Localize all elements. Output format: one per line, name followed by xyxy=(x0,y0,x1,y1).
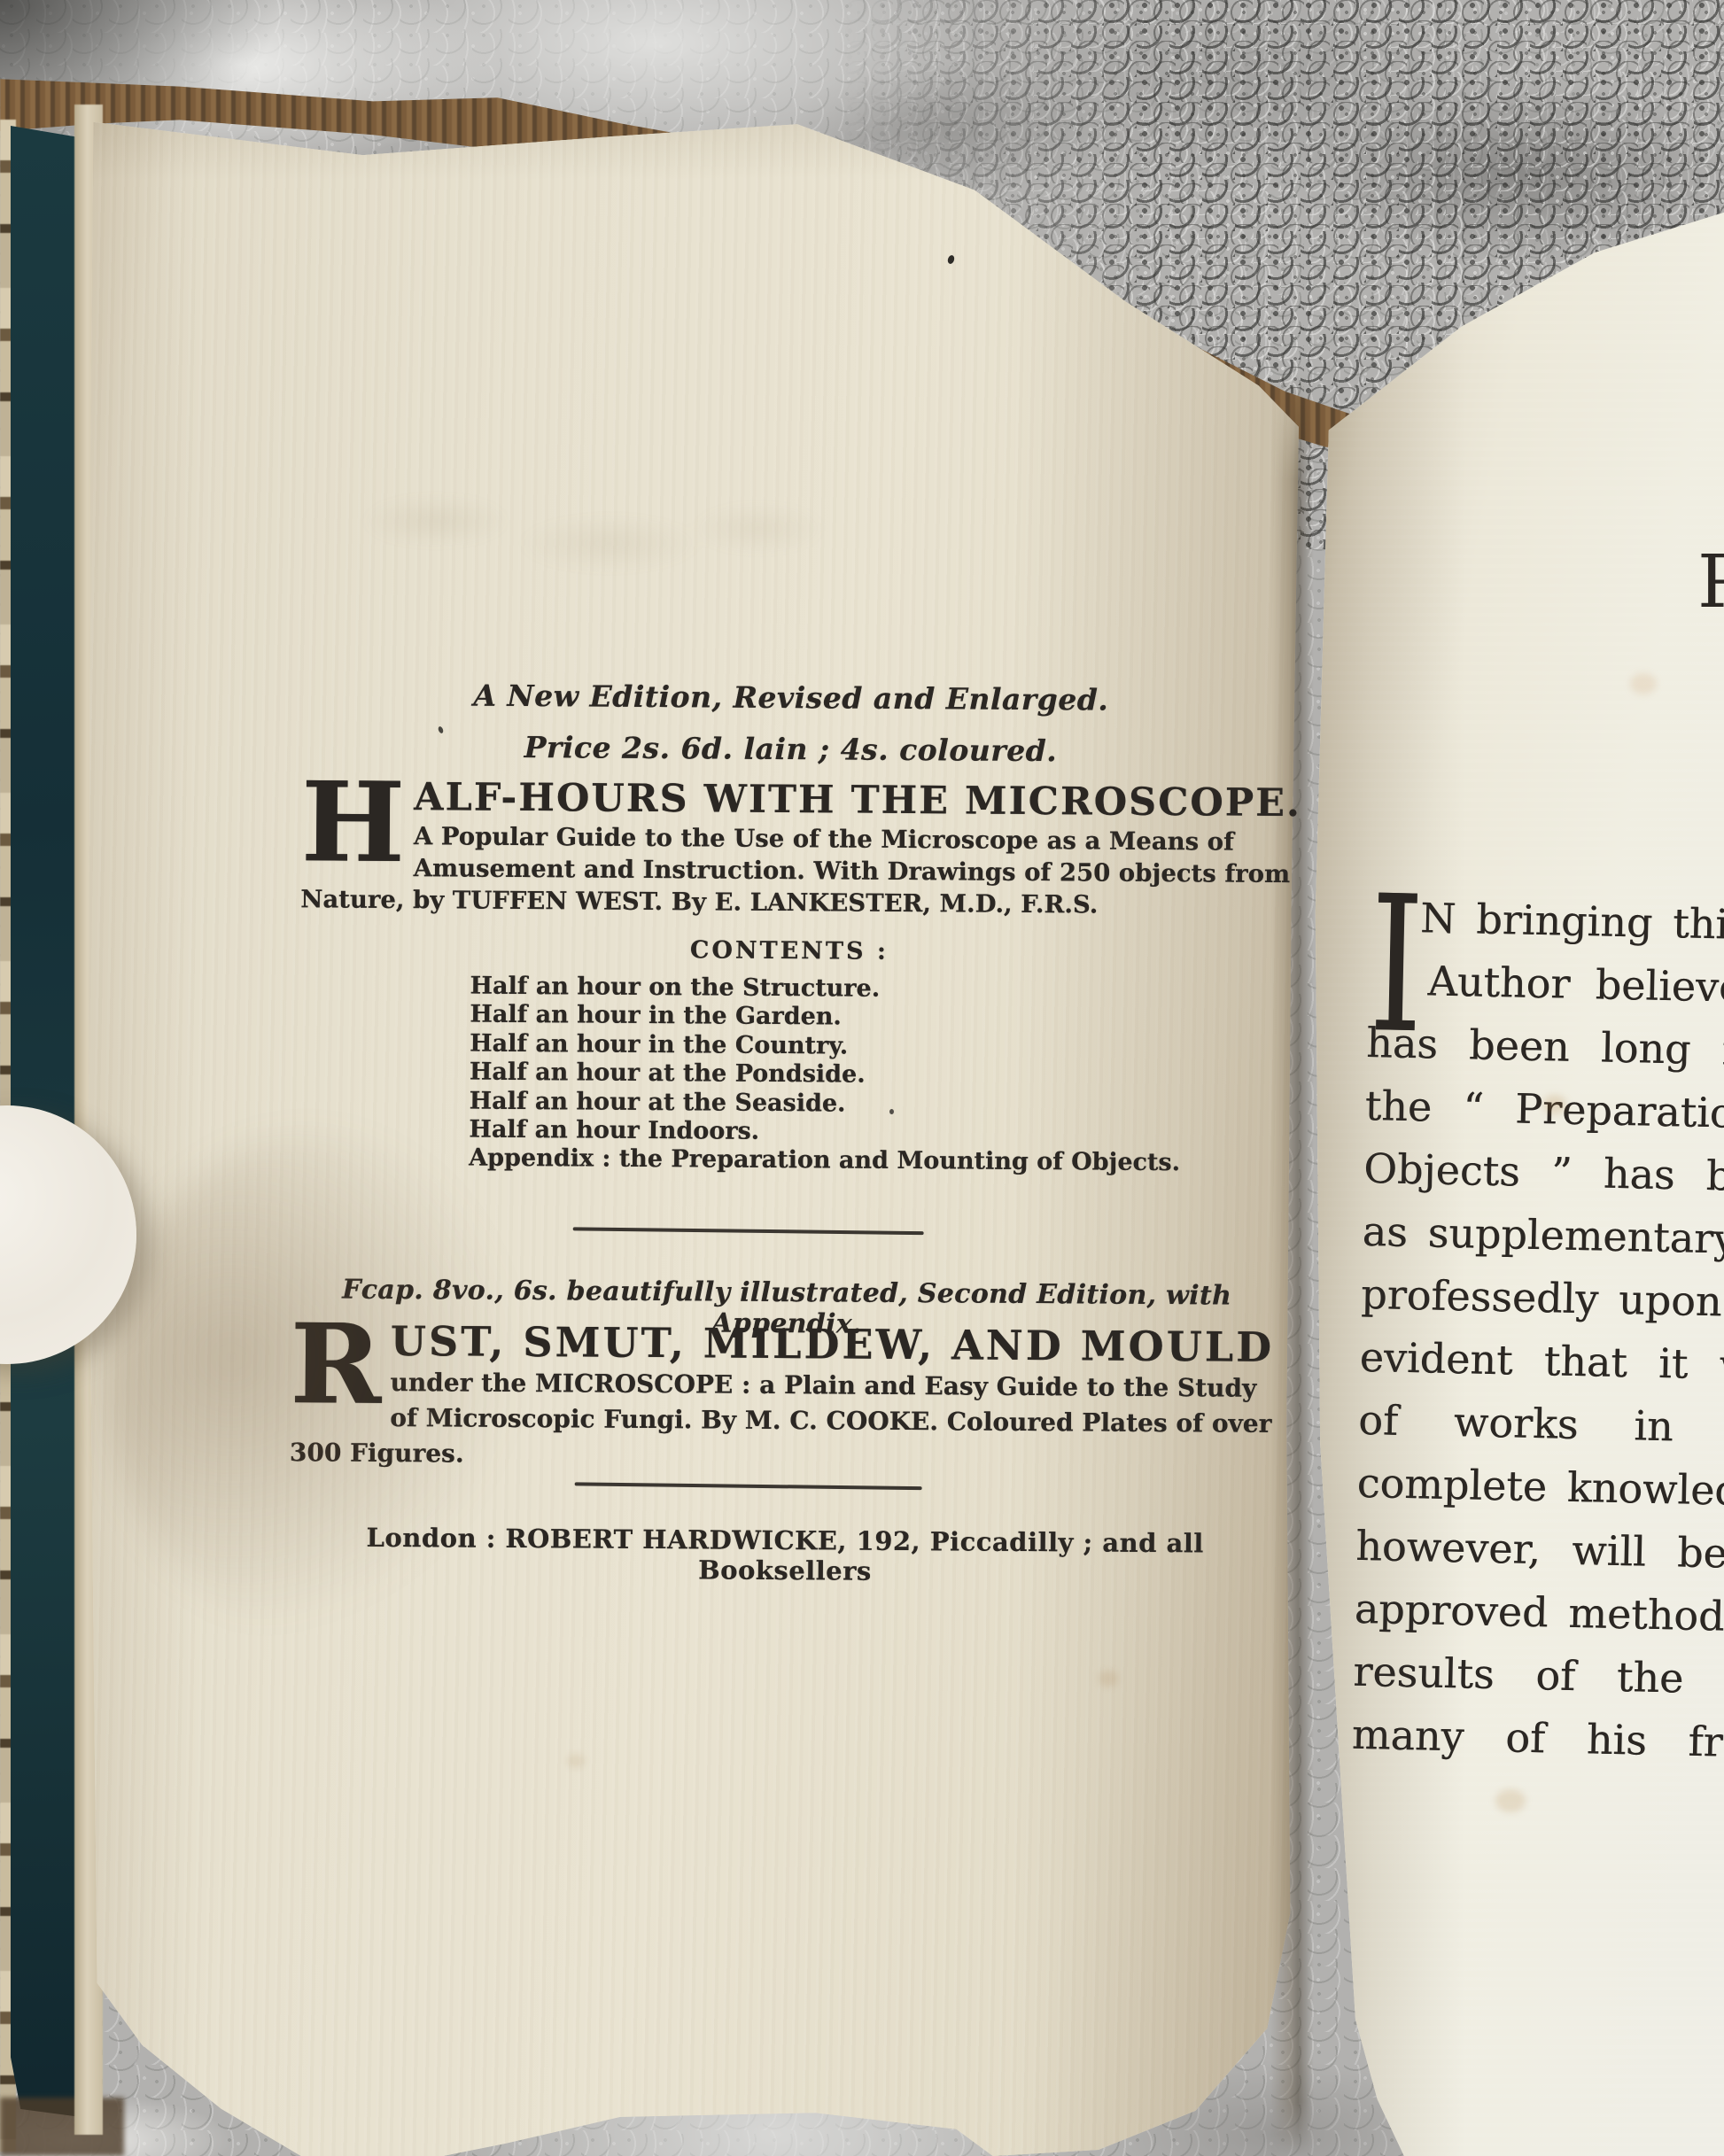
foxing-spot xyxy=(1543,1095,1566,1114)
open-book-photo: A New Edition, Revised and Enlarged. Pri… xyxy=(0,0,1724,2156)
contents-item: Half an hour in the Garden. xyxy=(470,1001,1181,1035)
page-weight-shadow xyxy=(106,1134,523,1630)
preface-line: Author believe xyxy=(1427,950,1724,1023)
preface-text: I N bringing thi Author believe has been… xyxy=(1351,886,1724,1778)
contents-heading: CONTENTS : xyxy=(293,934,1285,968)
contents-list: Half an hour on the Structure. Half an h… xyxy=(469,973,1181,1178)
preface-dropcap: I xyxy=(1368,891,1425,1039)
book1-title: ALF-HOURS WITH THE MICROSCOPE. xyxy=(301,774,1299,826)
ink-speck xyxy=(889,1109,894,1114)
printers-rule xyxy=(575,1482,922,1490)
printers-rule xyxy=(573,1227,924,1235)
contents-item: Half an hour at the Pondside. xyxy=(470,1059,1181,1092)
foxing-spot xyxy=(1495,1789,1526,1812)
foxing-spot xyxy=(1099,1671,1118,1687)
foxing-spot xyxy=(567,1754,585,1768)
preface-line: many of his fr xyxy=(1351,1703,1724,1778)
edition-line: A New Edition, Revised and Enlarged. xyxy=(295,677,1287,718)
foxing-spot xyxy=(1630,673,1657,694)
price-line: Price 2s. 6d. lain ; 4s. coloured. xyxy=(294,728,1286,770)
preface-heading-partial-letter: P xyxy=(1697,540,1724,624)
book1-entry: H ALF-HOURS WITH THE MICROSCOPE. A Popul… xyxy=(300,774,1299,922)
contents-item: Appendix : the Preparation and Mounting … xyxy=(469,1144,1180,1178)
preface-line: N bringing thi xyxy=(1420,887,1724,960)
book1-initial: H xyxy=(301,778,406,868)
